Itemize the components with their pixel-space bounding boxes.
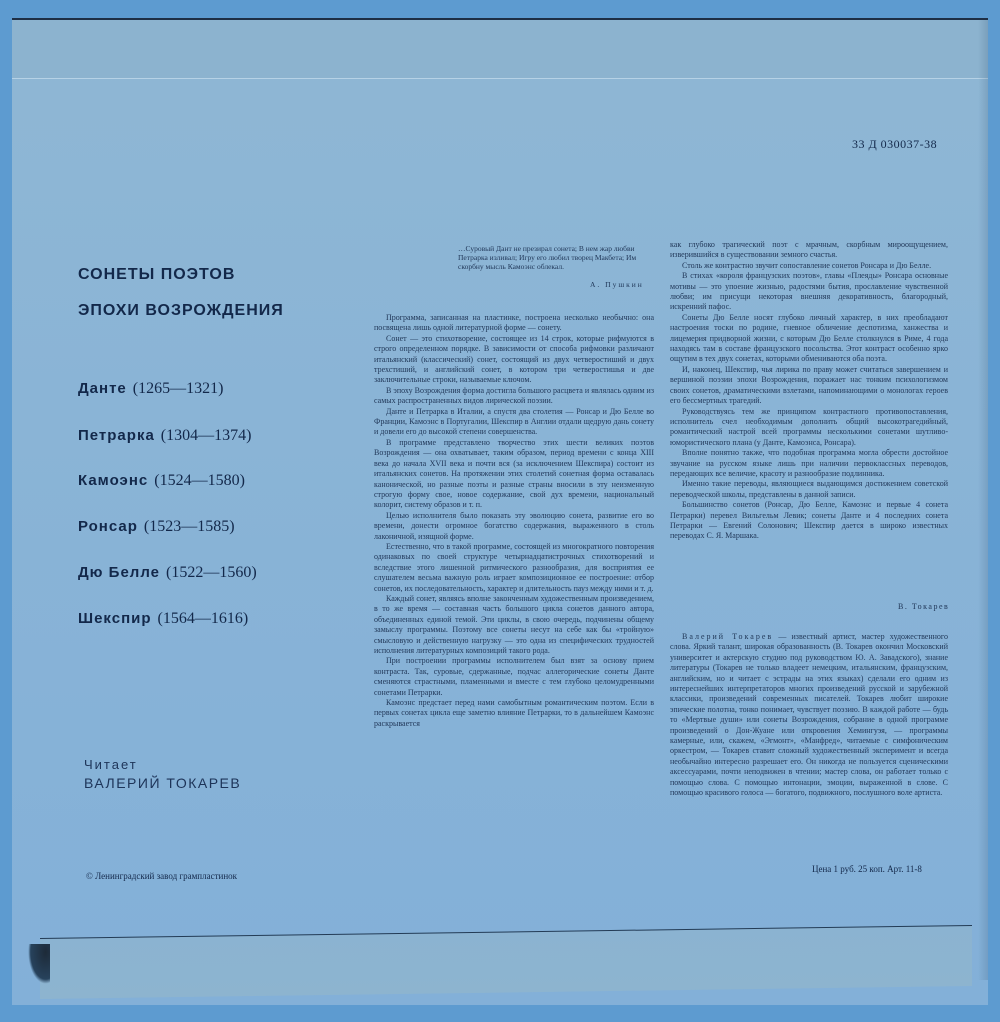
- poet-years: (1522—1560): [166, 564, 257, 581]
- liner-notes-paragraph: И, наконец, Шекспир, чья лирика по праву…: [670, 365, 948, 407]
- liner-notes-paragraph: Именно такие переводы, являющиеся выдающ…: [670, 479, 948, 500]
- liner-notes-paragraph: Данте и Петрарка в Италии, а спустя два …: [374, 407, 654, 438]
- poet-years: (1564—1616): [158, 610, 249, 627]
- biography-name: Валерий Токарев: [682, 632, 773, 641]
- poet-entry: Камоэнс(1524—1580): [78, 472, 245, 490]
- notes-signature: В. Токарев: [898, 602, 949, 611]
- poet-years: (1524—1580): [154, 472, 245, 489]
- liner-notes-paragraph: Программа, записанная на пластинке, пост…: [374, 313, 654, 334]
- sleeve-edge-shadow: [978, 20, 988, 980]
- liner-notes-paragraph: Столь же контрастно звучит сопоставление…: [670, 261, 948, 271]
- liner-notes-paragraph: Вполне понятно также, что подобная прогр…: [670, 448, 948, 479]
- poet-years: (1265—1321): [133, 380, 224, 397]
- poet-entry: Ронсар(1523—1585): [78, 518, 235, 536]
- poet-name: Ронсар: [78, 518, 138, 535]
- poet-entry: Шекспир(1564—1616): [78, 610, 248, 628]
- liner-notes-paragraph: Каждый сонет, являясь вполне законченным…: [374, 594, 654, 656]
- album-title-line2: ЭПОХИ ВОЗРОЖДЕНИЯ: [78, 302, 284, 320]
- performer-biography: Валерий Токарев — известный артист, маст…: [670, 632, 948, 799]
- liner-notes-paragraph: Естественно, что в такой программе, сост…: [374, 542, 654, 594]
- poet-years: (1523—1585): [144, 518, 235, 535]
- liner-notes-column-right: как глубоко трагический поэт с мрачным, …: [670, 240, 948, 542]
- poet-name: Шекспир: [78, 610, 152, 627]
- epigraph-text: …Суровый Дант не презирал сонета; В нем …: [458, 244, 638, 271]
- liner-notes-paragraph: В программе представлено творчество этих…: [374, 438, 654, 511]
- poet-years: (1304—1374): [161, 427, 252, 444]
- liner-notes-paragraph: При построении программы исполнителем бы…: [374, 656, 654, 698]
- liner-notes-paragraph: В стихах «короля французских поэтов», гл…: [670, 271, 948, 313]
- poet-name: Данте: [78, 380, 127, 397]
- manufacturer-credit: © Ленинградский завод грампластинок: [86, 871, 237, 881]
- liner-notes-paragraph: Руководствуясь тем же принципом контраст…: [670, 407, 948, 449]
- poet-entry: Данте(1265—1321): [78, 380, 223, 398]
- liner-notes-paragraph: Сонеты Дю Белле носят глубоко личный хар…: [670, 313, 948, 365]
- liner-notes-paragraph: Сонет — это стихотворение, состоящее из …: [374, 334, 654, 386]
- poet-name: Камоэнс: [78, 472, 148, 489]
- liner-notes-column-left: Программа, записанная на пластинке, пост…: [374, 313, 654, 729]
- liner-notes-paragraph: В эпоху Возрождения форма достигла больш…: [374, 386, 654, 407]
- catalog-number: 33 Д 030037-38: [852, 137, 937, 152]
- price-label: Цена 1 руб. 25 коп. Арт. 11-8: [812, 864, 922, 874]
- poet-entry: Петрарка(1304—1374): [78, 427, 251, 445]
- sleeve-top-flap: [12, 20, 988, 79]
- performer-name: ВАЛЕРИЙ ТОКАРЕВ: [84, 775, 241, 791]
- poet-name: Петрарка: [78, 427, 155, 444]
- liner-notes-paragraph: Целью исполнителя было показать эту эвол…: [374, 511, 654, 542]
- liner-notes-paragraph: Камоэнс предстает перед нами самобытным …: [374, 698, 654, 729]
- sleeve-bottom-flap: [40, 925, 972, 999]
- sleeve-corner-wear: [28, 944, 50, 984]
- poet-name: Дю Белле: [78, 564, 160, 581]
- epigraph-author: А. Пушкин: [590, 280, 644, 289]
- album-title-line1: СОНЕТЫ ПОЭТОВ: [78, 266, 235, 284]
- poet-entry: Дю Белле(1522—1560): [78, 564, 257, 582]
- liner-notes-paragraph: Большинство сонетов (Ронсар, Дю Белле, К…: [670, 500, 948, 542]
- liner-notes-paragraph: как глубоко трагический поэт с мрачным, …: [670, 240, 948, 261]
- performer-label: Читает: [84, 757, 138, 772]
- biography-text: — известный артист, мастер художественно…: [670, 632, 948, 797]
